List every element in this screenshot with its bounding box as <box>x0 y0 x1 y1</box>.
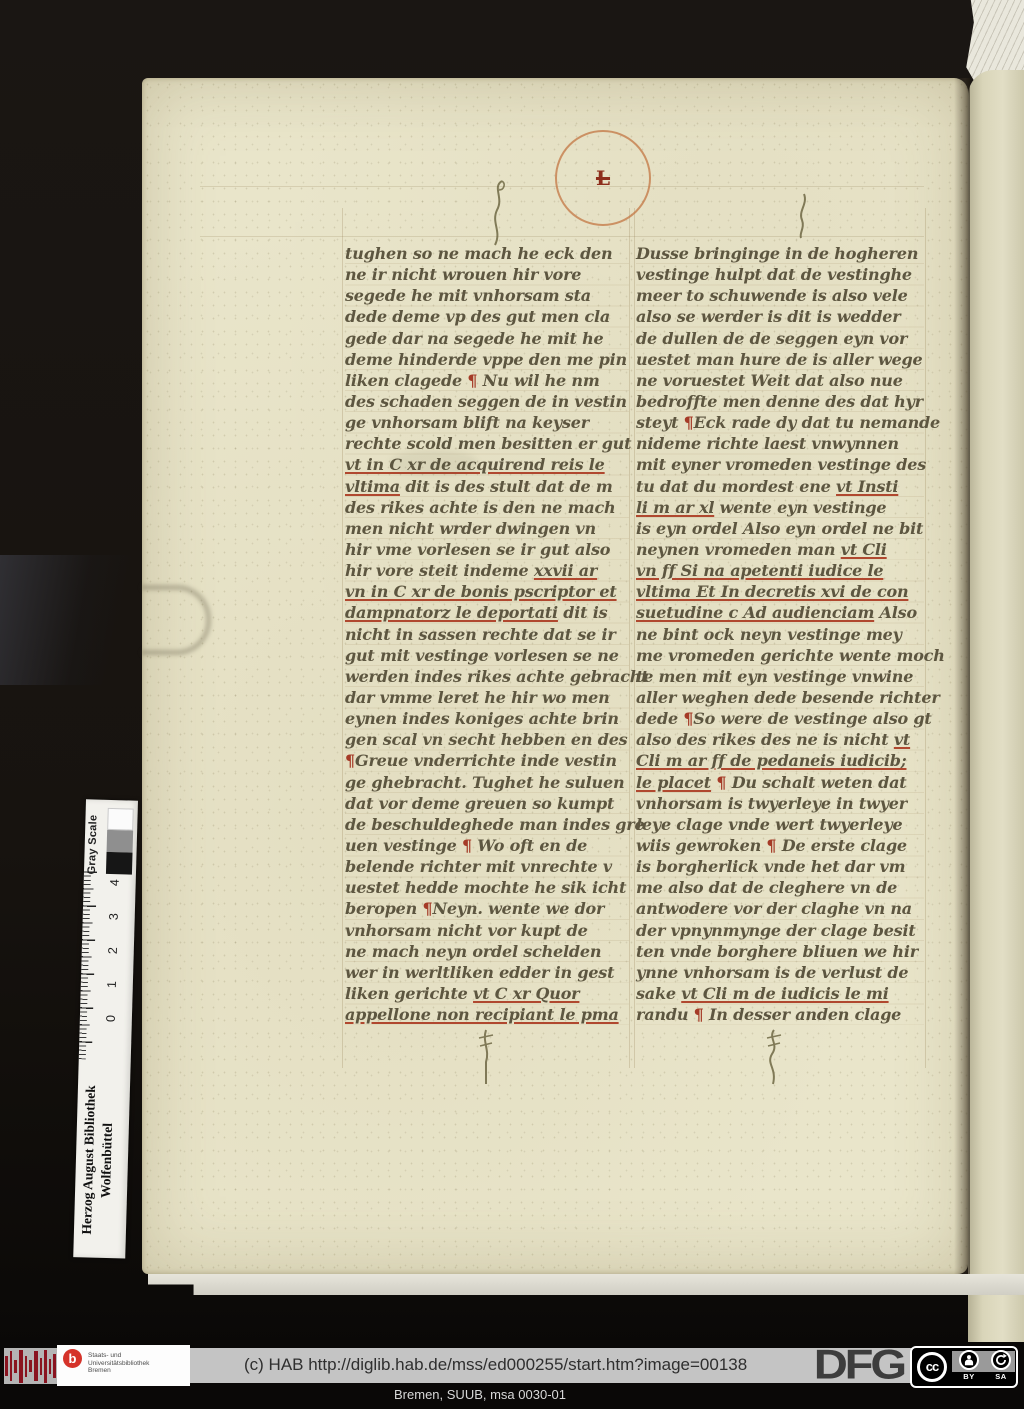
manuscript-line: vn in C xr de bonis pscriptor et <box>345 581 629 602</box>
cc-by-person-icon <box>959 1350 979 1370</box>
manuscript-line: wiis gewroken ¶ De erste clage <box>636 835 924 856</box>
manuscript-line: bedroffte men denne des dat hyr <box>636 391 924 412</box>
ruling-line <box>200 236 924 237</box>
manuscript-line: uestet hedde mochte he sik icht <box>345 877 629 898</box>
copyright-text: (c) HAB http://diglib.hab.de/mss/ed00025… <box>244 1355 747 1375</box>
manuscript-line: des schaden seggen de in vestin <box>345 391 629 412</box>
manuscript-line: ge ghebracht. Tughet he suluen <box>345 772 629 793</box>
pen-flourish-top-left <box>487 178 511 248</box>
manuscript-line: ynne vnhorsam is de verlust de <box>636 962 924 983</box>
manuscript-line: liken gerichte vt C xr Quor <box>345 983 629 1004</box>
shelfmark-caption: Bremen, SUUB, msa 0030-01 <box>300 1387 660 1402</box>
manuscript-line: me vromeden gerichte wente moch <box>636 645 924 666</box>
manuscript-line: ne mach neyn ordel schelden <box>345 941 629 962</box>
manuscript-line: steyt ¶Eck rade dy dat tu nemande <box>636 412 924 433</box>
manuscript-line: de dullen de de seggen eyn vor <box>636 328 924 349</box>
bremen-library-name: Staats- und Universitätsbibliothek Breme… <box>88 1352 149 1375</box>
photo-stage: L tughen so ne mach he eck denne ir nich… <box>0 0 1024 1409</box>
book-gutter-shadow <box>954 78 970 1274</box>
manuscript-column-right: Dusse bringinge in de hogherenvestinge h… <box>636 243 924 1025</box>
page-holder-strap <box>0 555 142 685</box>
manuscript-line: dar vmme leret he hir wo men <box>345 687 629 708</box>
manuscript-line: hir vore steit indeme xxvii ar <box>345 560 629 581</box>
manuscript-line: nicht in sassen rechte dat se ir <box>345 624 629 645</box>
manuscript-line: vnhorsam is twyerleye in twyer <box>636 793 924 814</box>
cc-sa-label: SA <box>988 1372 1014 1381</box>
suub-barcode-logo <box>4 1348 57 1384</box>
manuscript-line: is borgherlick vnde het dar vm <box>636 856 924 877</box>
gray-scale-swatches <box>106 808 134 875</box>
cc-icon: cc <box>917 1352 947 1382</box>
manuscript-line: ge vnhorsam blift na keyser <box>345 412 629 433</box>
ruler-number: 3 <box>106 908 122 926</box>
manuscript-line: beropen ¶Neyn. wente we dor <box>345 898 629 919</box>
ruling-line <box>342 208 343 1068</box>
cc-license-badge: cc BY SA <box>910 1346 1018 1388</box>
manuscript-line: li m ar xl wente eyn vestinge <box>636 497 924 518</box>
manuscript-line: ne bint ock neyn vestinge mey <box>636 624 924 645</box>
manuscript-column-left: tughen so ne mach he eck denne ir nicht … <box>345 243 629 1025</box>
swatch-gray <box>107 830 134 853</box>
ruler-number: 1 <box>105 976 121 994</box>
manuscript-line: ten vnde borghere bliuen we hir <box>636 941 924 962</box>
manuscript-line: des rikes achte is den ne mach <box>345 497 629 518</box>
manuscript-line: vnhorsam nicht vor kupt de <box>345 920 629 941</box>
manuscript-line: uestet man hure de is aller wege <box>636 349 924 370</box>
manuscript-line: belende richter mit vnrechte v <box>345 856 629 877</box>
manuscript-line: vt in C xr de acquirend reis le <box>345 454 629 475</box>
bremen-line1: Staats- und <box>88 1352 121 1359</box>
ruler-number: 0 <box>104 1010 120 1028</box>
manuscript-line: ne ir nicht wrouen hir vore <box>345 264 629 285</box>
manuscript-line: dampnatorz le deportati dit is <box>345 602 629 623</box>
manuscript-line: eynen indes koniges achte brin <box>345 708 629 729</box>
manuscript-line: also des rikes des ne is nicht vt <box>636 729 924 750</box>
manuscript-line: tughen so ne mach he eck den <box>345 243 629 264</box>
bremen-line2: Universitätsbibliothek <box>88 1360 149 1367</box>
bremen-b-icon: b <box>63 1349 82 1368</box>
manuscript-line: Cli m ar ff de pedaneis iudicib; <box>636 750 924 771</box>
manuscript-line: wer in werltliken edder in gest <box>345 962 629 983</box>
swatch-white <box>107 808 134 831</box>
cc-by-label: BY <box>956 1372 982 1381</box>
manuscript-line: dat vor deme greuen so kumpt <box>345 793 629 814</box>
manuscript-line: werden indes rikes achte gebracht <box>345 666 629 687</box>
manuscript-line: Dusse bringinge in de hogheren <box>636 243 924 264</box>
manuscript-line: uen vestinge ¶ Wo oft en de <box>345 835 629 856</box>
manuscript-line: hir vme vorlesen se ir gut also <box>345 539 629 560</box>
manuscript-line: dede deme vp des gut men cla <box>345 306 629 327</box>
swatch-black <box>106 852 133 875</box>
manuscript-line: segede he mit vnhorsam sta <box>345 285 629 306</box>
page-clamp-shadow <box>142 585 211 655</box>
manuscript-line: neynen vromeden man vt Cli <box>636 539 924 560</box>
manuscript-line: suetudine c Ad audienciam Also <box>636 602 924 623</box>
folio-mark: L <box>596 166 610 190</box>
manuscript-line: gen scal vn secht hebben en des <box>345 729 629 750</box>
pen-flourish-top-right <box>792 192 812 240</box>
library-label-line2: Wolfenbüttel <box>98 1122 115 1197</box>
folio-number-circle: L <box>555 130 651 226</box>
ruler-ticks-major <box>79 871 97 1059</box>
manuscript-line: vestinge hulpt dat de vestinghe <box>636 264 924 285</box>
manuscript-line: dede ¶So were de vestinge also gt <box>636 708 924 729</box>
manuscript-line: liken clagede ¶ Nu wil he nm <box>345 370 629 391</box>
cc-sa-arrow-icon <box>991 1350 1011 1370</box>
under-page-edge <box>148 1274 1024 1295</box>
manuscript-line: ¶Greue vnderrichte inde vestin <box>345 750 629 771</box>
manuscript-line: vltima Et In decretis xvi de con <box>636 581 924 602</box>
manuscript-line: appellone non recipiant le pma <box>345 1004 629 1025</box>
erased-marginal-note <box>390 450 478 476</box>
next-page-edge <box>968 70 1024 1346</box>
manuscript-line: antwodere vor der claghe vn na <box>636 898 924 919</box>
ruling-line <box>634 208 635 1068</box>
manuscript-page: L tughen so ne mach he eck denne ir nich… <box>142 78 968 1274</box>
manuscript-line: der vpnynmynge der clage besit <box>636 920 924 941</box>
dfg-logo: DFG <box>814 1341 904 1389</box>
manuscript-line: vltima dit is des stult dat de m <box>345 476 629 497</box>
manuscript-line: randu ¶ In desser anden clage <box>636 1004 924 1025</box>
ruler-assembly: Gray Scale 43210 Herzog August Bibliothe… <box>73 799 138 1258</box>
pen-flourish-bottom-right <box>760 1028 786 1086</box>
manuscript-line: me also dat de cleghere vn de <box>636 877 924 898</box>
manuscript-line: mit eyner vromeden vestinge des <box>636 454 924 475</box>
manuscript-line: also se werder is dit is wedder <box>636 306 924 327</box>
manuscript-line: gut mit vestinge vorlesen se ne <box>345 645 629 666</box>
ruler-number: 2 <box>106 942 122 960</box>
ruler-number: 4 <box>107 874 123 892</box>
ruling-line <box>925 208 926 1068</box>
manuscript-line: sake vt Cli m de iudicis le mi <box>636 983 924 1004</box>
ruler-numbers: 43210 <box>86 799 138 800</box>
manuscript-line: meer to schuwende is also vele <box>636 285 924 306</box>
manuscript-line: de beschuldeghede man indes gre <box>345 814 629 835</box>
manuscript-line: men nicht wrder dwingen vn <box>345 518 629 539</box>
manuscript-line: le placet ¶ Du schalt weten dat <box>636 772 924 793</box>
manuscript-line: vn ff Si na apetenti iudice le <box>636 560 924 581</box>
manuscript-line: nideme richte laest vnwynnen <box>636 433 924 454</box>
bremen-line3: Bremen <box>88 1367 111 1374</box>
library-label-line1: Herzog August Bibliothek <box>79 1085 98 1235</box>
ruling-line <box>629 208 630 1068</box>
library-label: Herzog August Bibliothek Wolfenbüttel <box>77 1067 126 1252</box>
manuscript-line: leye clage vnde wert twyerleye <box>636 814 924 835</box>
manuscript-line: rechte scold men besitten er gut <box>345 433 629 454</box>
manuscript-line: is eyn ordel Also eyn ordel ne bit <box>636 518 924 539</box>
pen-flourish-bottom-left <box>472 1026 500 1086</box>
manuscript-line: te men mit eyn vestinge vnwine <box>636 666 924 687</box>
manuscript-line: tu dat du mordest ene vt Insti <box>636 476 924 497</box>
manuscript-line: ne voruestet Weit dat also nue <box>636 370 924 391</box>
manuscript-line: aller weghen dede besende richter <box>636 687 924 708</box>
manuscript-line: gede dar na segede he mit he <box>345 328 629 349</box>
manuscript-line: deme hinderde vppe den me pin <box>345 349 629 370</box>
bremen-library-logo: b Staats- und Universitätsbibliothek Bre… <box>57 1345 190 1386</box>
copyright-bar: (c) HAB http://diglib.hab.de/mss/ed00025… <box>190 1348 912 1383</box>
